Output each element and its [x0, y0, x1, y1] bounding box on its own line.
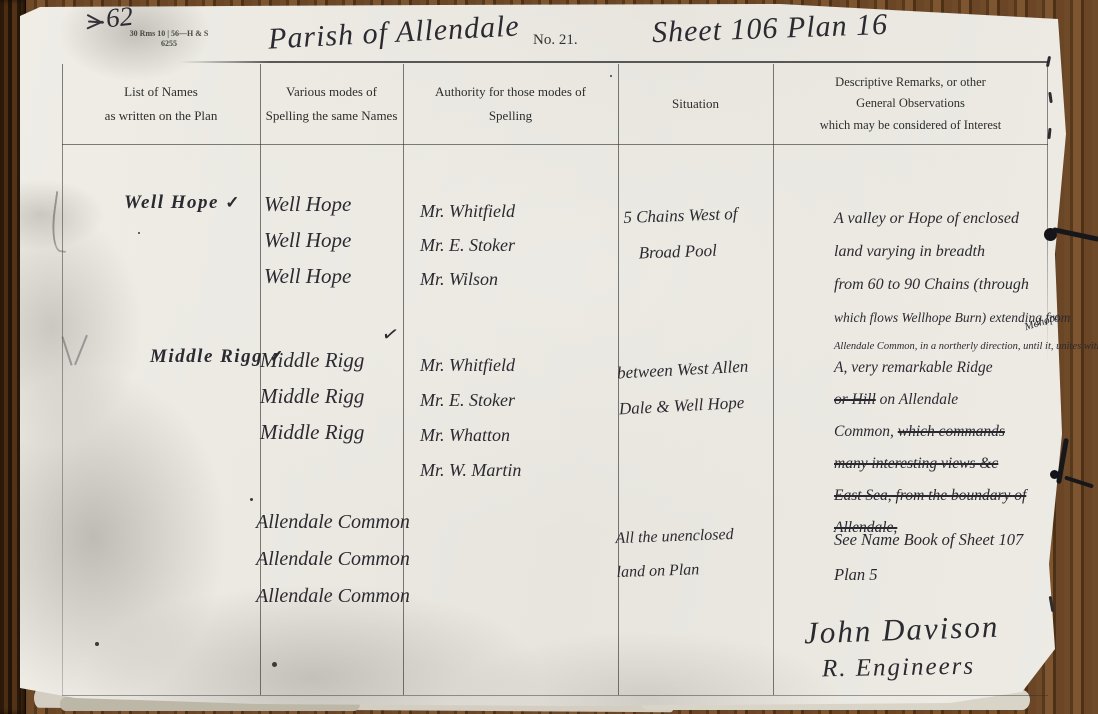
remark-line: from 60 to 90 Chains (through [834, 268, 1098, 301]
remark-segment: on Allendale [876, 391, 958, 408]
spelling-entry: Well Hope [264, 222, 351, 258]
ink-speck [95, 642, 99, 646]
plan-name-well-hope: Well Hope ✓ [124, 192, 241, 214]
ink-speck [138, 232, 140, 234]
header-line: Situation [618, 92, 773, 116]
header-spelling-modes: Various modes of Spelling the same Names [260, 64, 403, 144]
situation-line: 5 Chains West of [623, 196, 738, 236]
remark-line: Common, which commands [834, 416, 1026, 448]
header-line: List of Names [62, 80, 260, 104]
parish-title: Parish of Allendale [267, 9, 520, 56]
authority-entry: Mr. Wilson [420, 262, 515, 296]
edge-mark [1048, 92, 1053, 103]
spellings-middle-rigg: Middle Rigg Middle Rigg Middle Rigg [260, 342, 364, 450]
remark-line: See Name Book of Sheet 107 [834, 522, 1023, 557]
printers-stamp: 30 Rms 10 | 56—H & S 6255 [104, 29, 234, 50]
checkmark: ✓ [380, 321, 402, 349]
stamp-line-1: 30 Rms 10 | 56—H & S [104, 29, 234, 39]
spelling-entry: Allendale Common [256, 578, 410, 615]
situation-middle-rigg: between West Allen Dale & Well Hope [616, 349, 751, 428]
header-line: Spelling [403, 104, 618, 128]
header-descriptive-remarks: Descriptive Remarks, or other General Ob… [773, 64, 1048, 144]
header-situation: Situation [618, 64, 773, 144]
remark-segment-struck: East Sea, from the boundary of [834, 487, 1026, 504]
scanned-name-book-page: 62 30 Rms 10 | 56—H & S 6255 Parish of A… [0, 0, 1098, 714]
header-authority: Authority for those modes of Spelling [403, 64, 618, 144]
ink-speck [610, 75, 612, 77]
remark-segment: A, very remarkable Ridge [834, 359, 993, 376]
name-book-table: List of Names as written on the Plan Var… [62, 64, 1048, 697]
table-right-border [1047, 64, 1048, 695]
table-left-border [62, 64, 63, 695]
header-underline [62, 144, 1048, 145]
authorities-well-hope: Mr. Whitfield Mr. E. Stoker Mr. Wilson [420, 194, 515, 296]
situation-allendale-common: All the unenclosed land on Plan [615, 518, 735, 590]
remarks-middle-rigg: A, very remarkable Ridge or Hill on Alle… [834, 352, 1026, 544]
table-bottom-rule [62, 695, 1048, 696]
situation-line: All the unenclosed [615, 518, 734, 556]
spelling-entry: Middle Rigg [260, 378, 364, 414]
situation-line: land on Plan [616, 552, 735, 590]
remark-segment-struck: or Hill [834, 391, 876, 408]
spelling-entry: Well Hope [264, 186, 351, 222]
authority-entry: Mr. E. Stoker [420, 228, 515, 262]
situation-line: Broad Pool [624, 232, 739, 272]
remark-segment: Common, [834, 423, 898, 440]
edge-mark [1046, 56, 1051, 67]
crossed-out-mark [86, 14, 106, 32]
spellings-allendale-common: Allendale Common Allendale Common Allend… [256, 504, 410, 615]
remark-line: or Hill on Allendale [834, 384, 1026, 416]
page-number-label: No. 21. [533, 32, 578, 49]
ink-speck [272, 662, 277, 667]
spelling-entry: Allendale Common [256, 504, 410, 541]
remark-line: East Sea, from the boundary of [834, 480, 1026, 512]
remark-line: A, very remarkable Ridge [834, 352, 1026, 384]
edge-mark [1047, 128, 1051, 139]
authority-entry: Mr. Whitfield [420, 194, 515, 228]
table-top-rule [180, 61, 1048, 63]
remarks-allendale-common: See Name Book of Sheet 107 Plan 5 [834, 522, 1023, 592]
header-list-of-names: List of Names as written on the Plan [62, 64, 260, 144]
spellings-well-hope: Well Hope Well Hope Well Hope [264, 186, 351, 294]
column-divider [773, 64, 774, 695]
binding-cord [1040, 220, 1098, 254]
situation-line: Dale & Well Hope [618, 385, 751, 428]
name-text: Middle Rigg [150, 346, 263, 367]
authority-entry: Mr. E. Stoker [420, 383, 521, 418]
spelling-entry: Middle Rigg [260, 342, 364, 378]
page-content: 62 30 Rms 10 | 56—H & S 6255 Parish of A… [0, 0, 1098, 714]
remark-segment-struck: which commands [898, 423, 1005, 440]
sheet-plan-label: Sheet 106 Plan 16 [651, 8, 888, 50]
name-text: Well Hope [124, 192, 219, 213]
remark-line: many interesting views &c [834, 448, 1026, 480]
ink-speck [250, 498, 253, 501]
binding-cord [1044, 438, 1098, 494]
authorities-middle-rigg: Mr. Whitfield Mr. E. Stoker Mr. Whatton … [420, 348, 521, 488]
header-line: as written on the Plan [62, 104, 260, 128]
header-line: which may be considered of Interest [773, 115, 1048, 136]
remark-segment-struck: many interesting views &c [834, 455, 998, 472]
header-line: Descriptive Remarks, or other [773, 72, 1048, 93]
stamp-line-2: 6255 [104, 39, 234, 49]
header-line: Authority for those modes of [403, 80, 618, 104]
spelling-entry: Allendale Common [256, 541, 410, 578]
edge-mark [1049, 596, 1055, 612]
header-line: General Observations [773, 93, 1048, 114]
header-line: Various modes of [260, 80, 403, 104]
surveyor-title: R. Engineers [822, 653, 976, 684]
situation-well-hope: 5 Chains West of Broad Pool [623, 196, 740, 272]
pencil-v-mark [64, 334, 94, 366]
spelling-entry: Middle Rigg [260, 414, 364, 450]
checkmark: ✓ [225, 193, 241, 212]
surveyor-signature: John Davison [803, 609, 999, 652]
authority-entry: Mr. Whitfield [420, 348, 521, 383]
header-line: Spelling the same Names [260, 104, 403, 128]
authority-entry: Mr. Whatton [420, 418, 521, 453]
spelling-entry: Well Hope [264, 258, 351, 294]
authority-entry: Mr. W. Martin [420, 453, 521, 488]
remark-line: Plan 5 [834, 557, 1023, 592]
